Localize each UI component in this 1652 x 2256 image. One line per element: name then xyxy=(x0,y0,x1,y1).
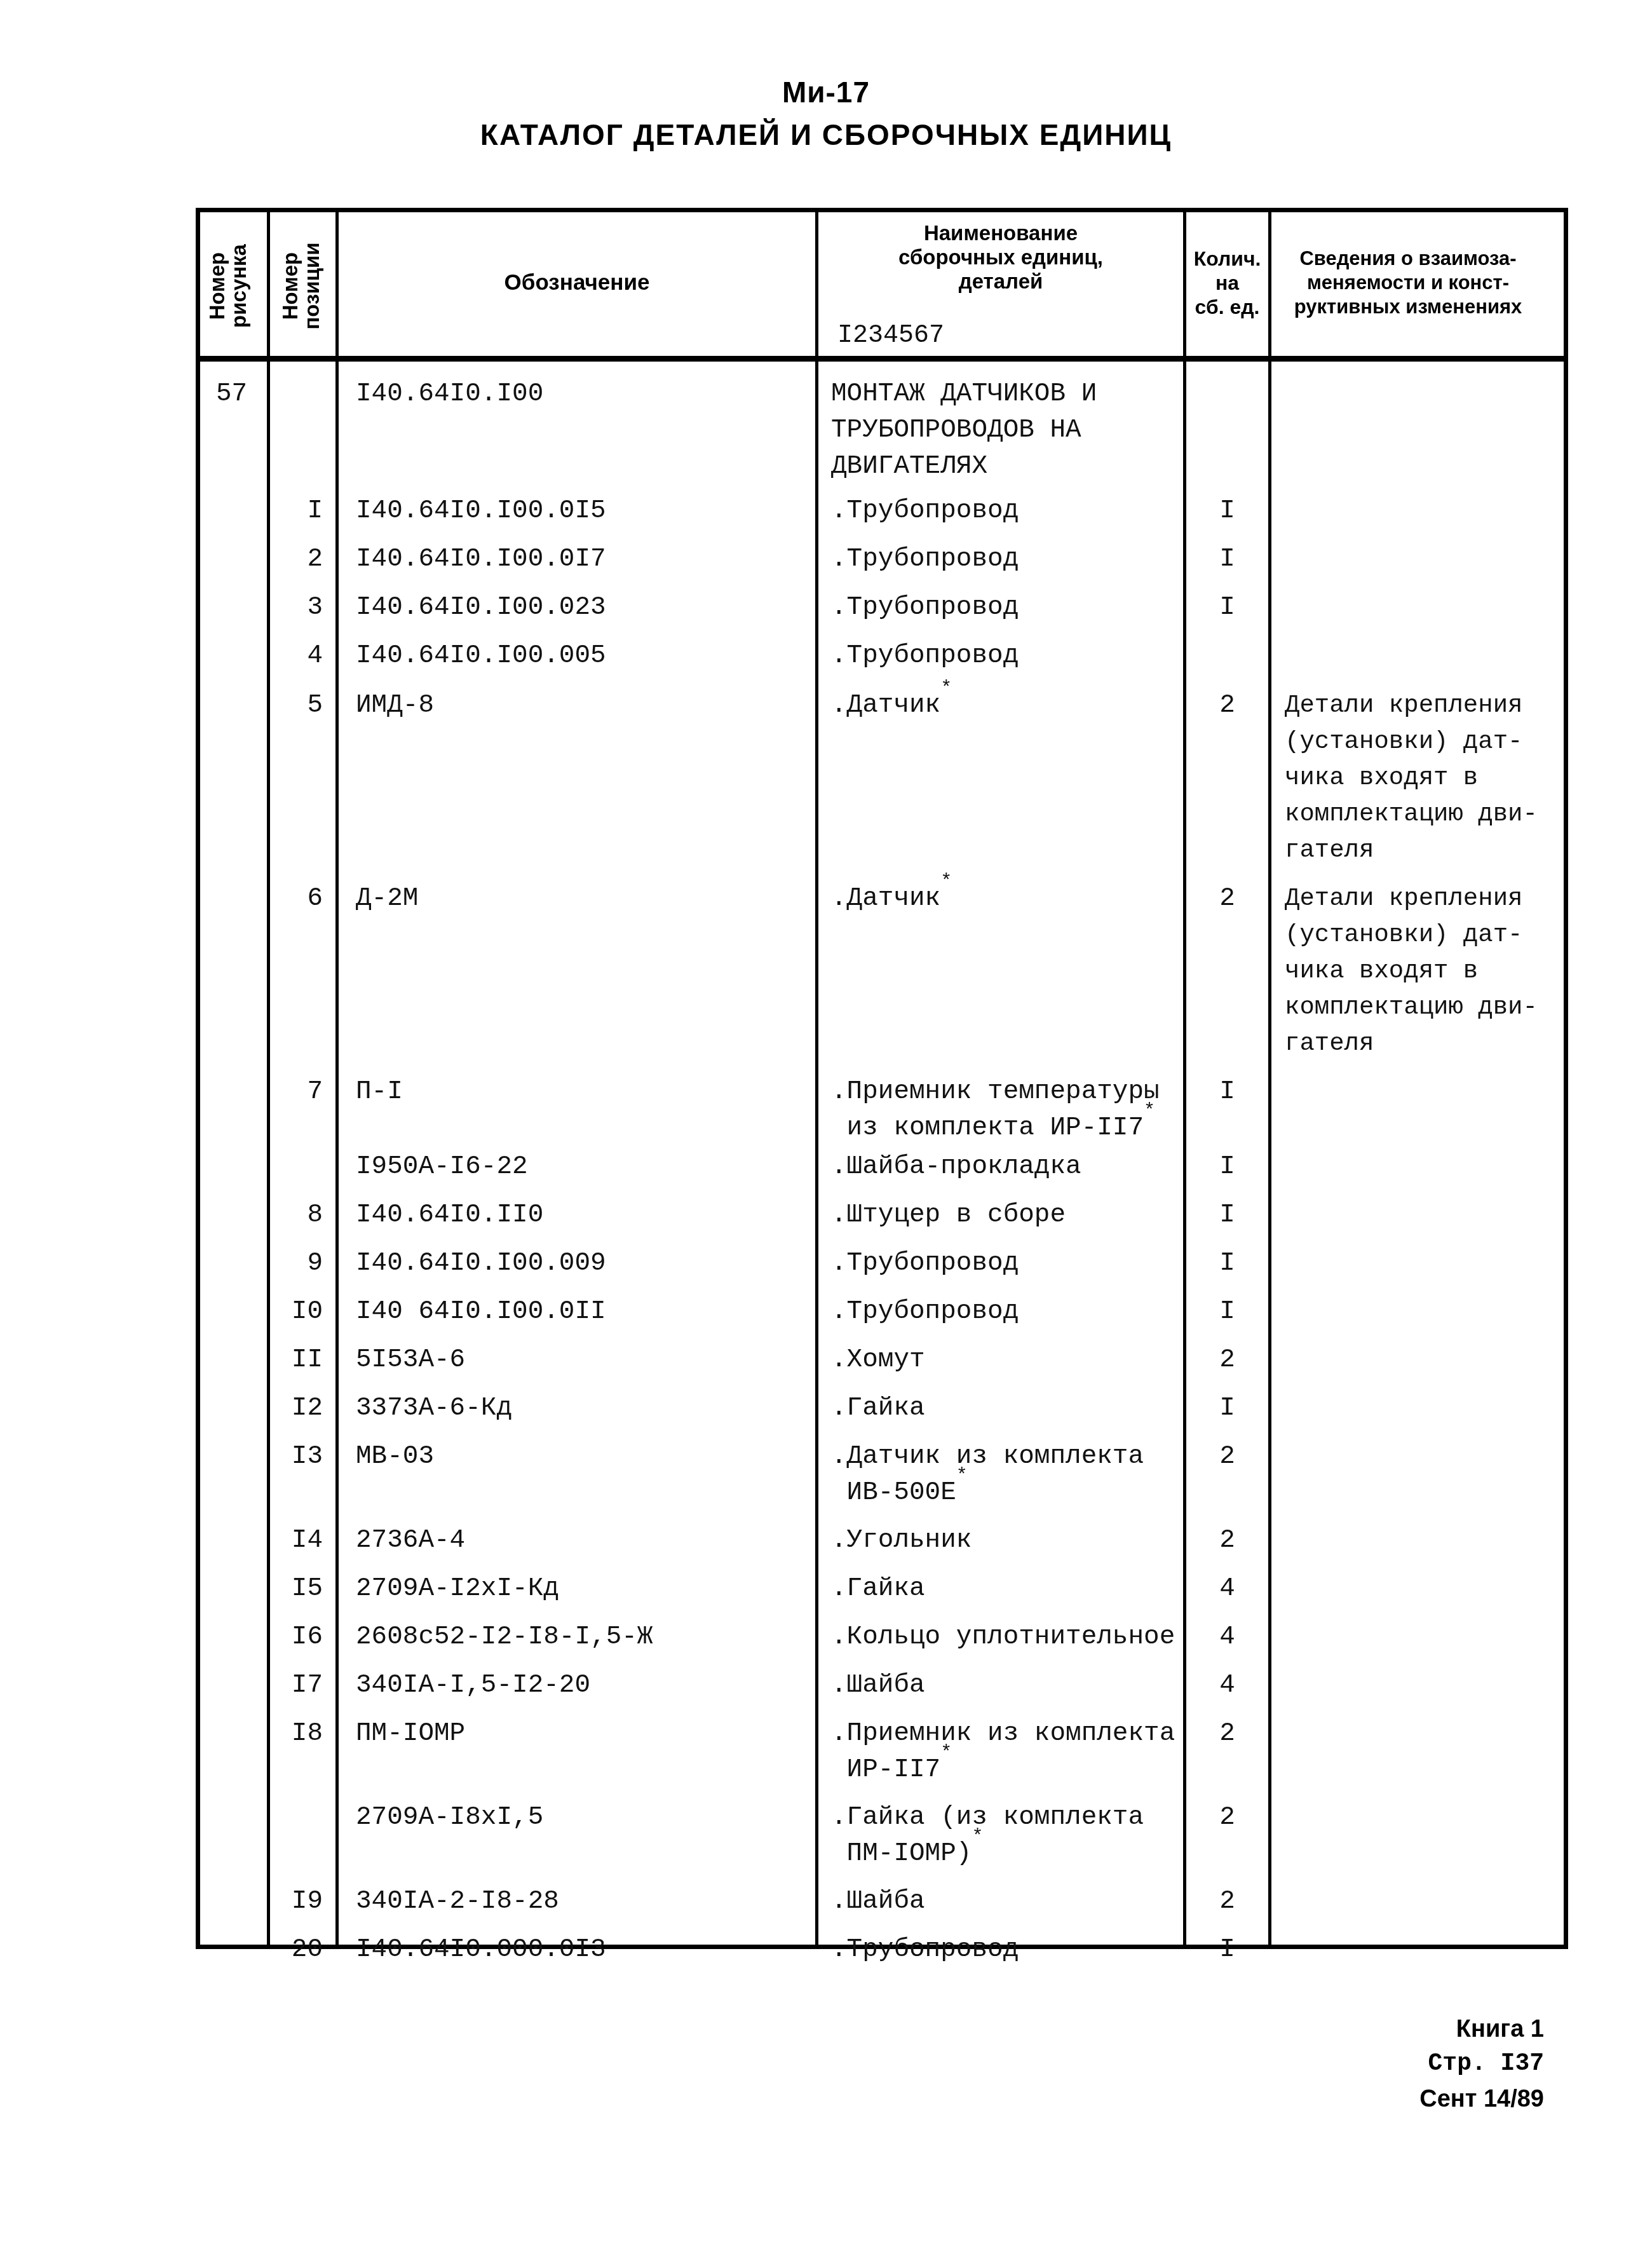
footnote-asterisk: * xyxy=(1144,1101,1155,1122)
part-name: .Гайка xyxy=(831,1390,925,1427)
quantity: 2 xyxy=(1186,881,1268,917)
position-number: 6 xyxy=(267,881,323,917)
footnote-asterisk: * xyxy=(940,678,952,700)
quantity: I xyxy=(1186,1932,1268,1968)
designation: П-I xyxy=(356,1074,403,1110)
part-name: .Трубопровод xyxy=(831,638,1019,674)
part-name: .Трубопровод xyxy=(831,1294,1019,1330)
part-name: .Шайба-прокладка xyxy=(831,1149,1081,1185)
designation: I40.64I0.I00 xyxy=(356,376,543,412)
position-number: 3 xyxy=(267,590,323,626)
part-name: .Шайба xyxy=(831,1884,925,1920)
part-name: .Трубопровод xyxy=(831,493,1019,529)
header-designation: Обозначение xyxy=(339,270,815,296)
designation: I40.64I0.I00.023 xyxy=(356,590,606,626)
part-name: .Гайка (из комплекта xyxy=(831,1800,1144,1836)
header-position-no: Номер позиции xyxy=(280,219,323,353)
part-name: ТРУБОПРОВОДОВ НА xyxy=(831,412,1081,449)
position-number: I8 xyxy=(267,1716,323,1752)
part-name: .Штуцер в сборе xyxy=(831,1197,1066,1233)
quantity: I xyxy=(1186,1390,1268,1427)
designation: 2709А-I2хI-Кд xyxy=(356,1571,559,1607)
interchangeability-note: комплектацию дви- xyxy=(1285,796,1538,832)
part-name: .Шайба xyxy=(831,1668,925,1704)
footer-book: Книга 1 xyxy=(1456,2016,1544,2043)
part-name: .Трубопровод xyxy=(831,1246,1019,1282)
footnote-asterisk: * xyxy=(956,1465,968,1487)
quantity: I xyxy=(1186,1197,1268,1233)
footer-date: Сент 14/89 xyxy=(1419,2086,1544,2113)
quantity: 2 xyxy=(1186,688,1268,724)
part-name: .Трубопровод xyxy=(831,590,1019,626)
position-number: I2 xyxy=(267,1390,323,1427)
footer-page: Стр. I37 xyxy=(1428,2050,1544,2077)
header-name: Наименование сборочных единиц, деталей xyxy=(818,221,1183,294)
quantity: I xyxy=(1186,1294,1268,1330)
header-qty: Колич. на сб. ед. xyxy=(1186,247,1268,319)
part-name: .Кольцо уплотнительное xyxy=(831,1619,1175,1655)
quantity: I xyxy=(1186,1246,1268,1282)
interchangeability-note: Детали крепления xyxy=(1285,688,1522,724)
designation: I40 64I0.I00.0II xyxy=(356,1294,606,1330)
designation: 340IА-I,5-I2-20 xyxy=(356,1668,590,1704)
column-divider xyxy=(335,208,339,1949)
quantity: 2 xyxy=(1186,1884,1268,1920)
designation: 2608с52-I2-I8-I,5-Ж xyxy=(356,1619,653,1655)
quantity: 4 xyxy=(1186,1668,1268,1704)
position-number: I xyxy=(267,493,323,529)
quantity: I xyxy=(1186,590,1268,626)
designation: 5I53А-6 xyxy=(356,1342,465,1378)
designation: I40.64I0.000.0I3 xyxy=(356,1932,606,1968)
designation: ИМД-8 xyxy=(356,688,434,724)
part-name: .Приемник из комплекта xyxy=(831,1716,1175,1752)
designation: 3373А-6-Кд xyxy=(356,1390,512,1427)
position-number: 7 xyxy=(267,1074,323,1110)
header-separator xyxy=(196,356,1568,362)
interchangeability-note: комплектацию дви- xyxy=(1285,989,1538,1026)
part-name: ИР-II7* xyxy=(831,1752,952,1788)
part-name: из комплекта ИР-II7* xyxy=(831,1110,1155,1146)
quantity: I xyxy=(1186,541,1268,578)
quantity: 2 xyxy=(1186,1439,1268,1475)
position-number: I4 xyxy=(267,1523,323,1559)
position-number: 5 xyxy=(267,688,323,724)
figure-number: 57 xyxy=(216,376,247,412)
designation: I40.64I0.I00.0I5 xyxy=(356,493,606,529)
position-number: 2 xyxy=(267,541,323,578)
designation: I40.64I0.II0 xyxy=(356,1197,543,1233)
interchangeability-note: чика входят в xyxy=(1285,760,1478,796)
quantity: I xyxy=(1186,493,1268,529)
part-name: .Датчик* xyxy=(831,688,952,724)
part-name: .Хомут xyxy=(831,1342,925,1378)
position-number: I0 xyxy=(267,1294,323,1330)
part-name: .Трубопровод xyxy=(831,1932,1019,1968)
designation: МВ-03 xyxy=(356,1439,434,1475)
part-name: .Гайка xyxy=(831,1571,925,1607)
footnote-asterisk: * xyxy=(940,1743,952,1764)
part-name: .Трубопровод xyxy=(831,541,1019,578)
page-subtitle: КАТАЛОГ ДЕТАЛЕЙ И СБОРОЧНЫХ ЕДИНИЦ xyxy=(0,118,1652,152)
header-notes: Сведения о взаимоза- меняемости и конст-… xyxy=(1271,247,1545,319)
page-title: Ми-17 xyxy=(0,75,1652,109)
designation: 2736А-4 xyxy=(356,1523,465,1559)
position-number: I9 xyxy=(267,1884,323,1920)
position-number: I5 xyxy=(267,1571,323,1607)
interchangeability-note: (установки) дат- xyxy=(1285,917,1522,953)
column-divider xyxy=(1268,208,1271,1949)
designation: ПМ-IОМР xyxy=(356,1716,465,1752)
part-name: .Угольник xyxy=(831,1523,972,1559)
position-number: I3 xyxy=(267,1439,323,1475)
quantity: I xyxy=(1186,1074,1268,1110)
interchangeability-note: (установки) дат- xyxy=(1285,724,1522,760)
part-name: ПМ-IОМР)* xyxy=(831,1836,983,1872)
part-name: .Приемник температуры xyxy=(831,1074,1160,1110)
designation: I40.64I0.I00.009 xyxy=(356,1246,606,1282)
quantity: 2 xyxy=(1186,1342,1268,1378)
position-number: 9 xyxy=(267,1246,323,1282)
position-number: I7 xyxy=(267,1668,323,1704)
designation: I40.64I0.I00.0I7 xyxy=(356,541,606,578)
quantity: 4 xyxy=(1186,1571,1268,1607)
interchangeability-note: гателя xyxy=(1285,832,1374,869)
column-divider xyxy=(815,208,818,1949)
header-name-indent-scale: I234567 xyxy=(837,318,944,354)
position-number: 8 xyxy=(267,1197,323,1233)
designation: I950А-I6-22 xyxy=(356,1149,528,1185)
position-number: I6 xyxy=(267,1619,323,1655)
footnote-asterisk: * xyxy=(972,1826,983,1848)
part-name: МОНТАЖ ДАТЧИКОВ И xyxy=(831,376,1097,412)
position-number: 4 xyxy=(267,638,323,674)
part-name: ДВИГАТЕЛЯХ xyxy=(831,449,987,485)
footnote-asterisk: * xyxy=(940,871,952,893)
interchangeability-note: Детали крепления xyxy=(1285,881,1522,917)
designation: Д-2М xyxy=(356,881,418,917)
part-name: .Датчик из комплекта xyxy=(831,1439,1144,1475)
designation: 340IА-2-I8-28 xyxy=(356,1884,559,1920)
position-number: 20 xyxy=(267,1932,323,1968)
quantity: 2 xyxy=(1186,1716,1268,1752)
quantity: 2 xyxy=(1186,1800,1268,1836)
quantity: 2 xyxy=(1186,1523,1268,1559)
part-name: ИВ-500Е* xyxy=(831,1475,968,1511)
designation: I40.64I0.I00.005 xyxy=(356,638,606,674)
quantity: I xyxy=(1186,1149,1268,1185)
part-name: .Датчик* xyxy=(831,881,952,917)
quantity: 4 xyxy=(1186,1619,1268,1655)
designation: 2709А-I8хI,5 xyxy=(356,1800,543,1836)
header-figure-no: Номер рисунка xyxy=(207,219,250,353)
position-number: II xyxy=(267,1342,323,1378)
interchangeability-note: чика входят в xyxy=(1285,953,1478,989)
interchangeability-note: гателя xyxy=(1285,1026,1374,1062)
